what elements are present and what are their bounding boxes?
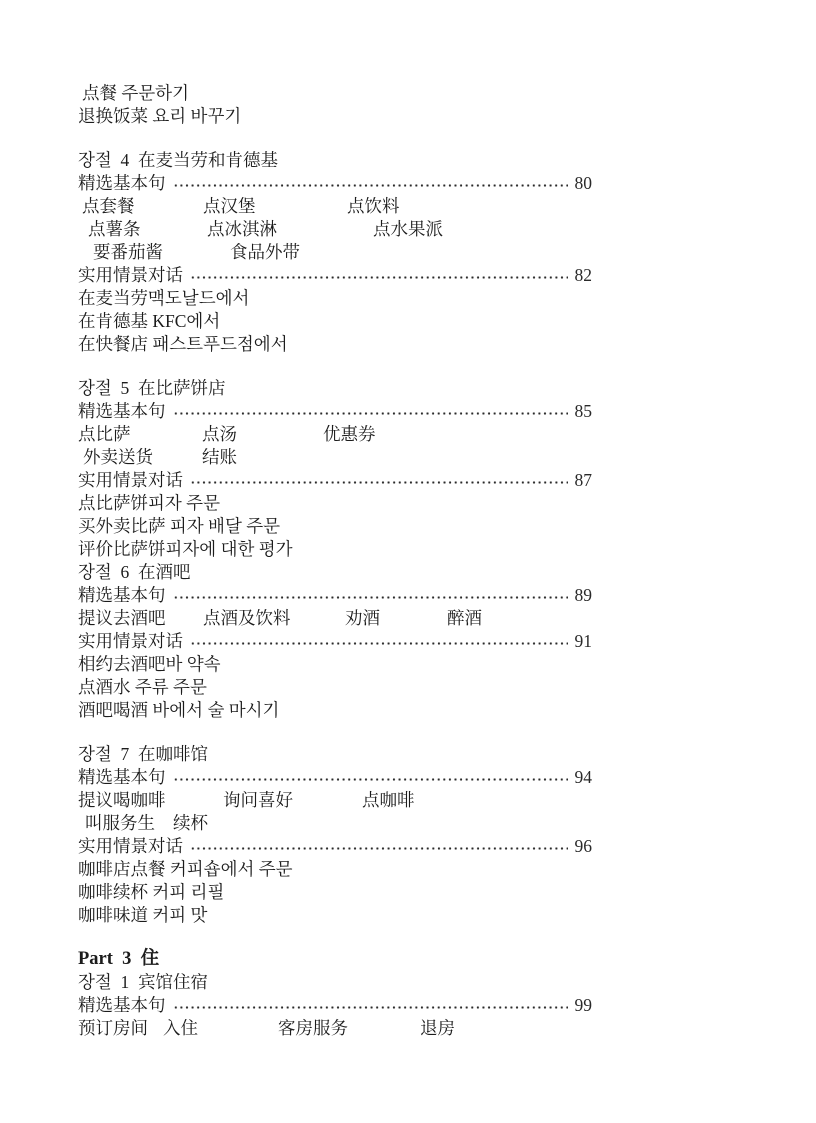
part-heading: Part 3 住 (78, 948, 592, 971)
toc-item: 预订房间 (78, 1017, 148, 1040)
toc-item: 点薯条 (88, 218, 141, 241)
blank-gap (78, 356, 592, 377)
toc-item: 点冰淇淋 (207, 218, 277, 241)
toc-item: 点比萨饼피자 주문 (78, 492, 220, 515)
toc-item: 在肯德基 KFC에서 (78, 310, 220, 333)
toc-item: 点比萨 (78, 423, 131, 446)
toc-item: 评价比萨饼피자에 대한 평가 (78, 538, 293, 561)
toc-line: 提议去酒吧点酒及饮料劝酒醉酒 (78, 607, 592, 630)
section-label: 精选基本句 (78, 400, 166, 423)
toc-item: 点餐 주문하기 (82, 82, 189, 105)
toc-line: 在麦当劳맥도날드에서 (78, 287, 592, 310)
toc-line: 买外卖比萨 피자 배달 주문 (78, 515, 592, 538)
toc-item: 醉酒 (447, 607, 482, 630)
toc-entry-with-page: 实用情景对话91 (78, 630, 592, 653)
page-number: 96 (575, 835, 593, 858)
page-number: 82 (575, 264, 593, 287)
toc-entry-with-page: 精选基本句85 (78, 400, 592, 423)
dot-leader (190, 276, 568, 279)
toc-line: 相约去酒吧바 약속 (78, 653, 592, 676)
page-number: 80 (575, 172, 593, 195)
dot-leader (173, 412, 568, 415)
toc-line: 外卖送货结账 (78, 446, 592, 469)
dot-leader (173, 184, 568, 187)
blank-gap (78, 128, 592, 149)
toc-item: 点汤 (202, 423, 237, 446)
chapter-heading: 장절 1 宾馆住宿 (78, 971, 592, 994)
toc-line: 预订房间入住客房服务退房 (78, 1017, 592, 1040)
toc-line: 叫服务生续杯 (78, 812, 592, 835)
toc-item: 询问喜好 (223, 789, 293, 812)
page-number: 99 (575, 994, 593, 1017)
toc-line: 点酒水 주류 주문 (78, 676, 592, 699)
toc-item: 在快餐店 패스트푸드점에서 (78, 333, 288, 356)
section-label: 实用情景对话 (78, 835, 183, 858)
toc-item: 点咖啡 (362, 789, 415, 812)
toc-line: 在肯德基 KFC에서 (78, 310, 592, 333)
toc-item: 相约去酒吧바 약속 (78, 653, 221, 676)
dot-leader (190, 481, 568, 484)
chapter-heading: 장절 7 在咖啡馆 (78, 743, 592, 766)
toc-item: 退房 (420, 1017, 455, 1040)
toc-item: 提议喝咖啡 (78, 789, 166, 812)
blank-gap (78, 722, 592, 743)
toc-item: 客房服务 (278, 1017, 348, 1040)
page-number: 87 (575, 469, 593, 492)
toc-item: 退换饭菜 요리 바꾸기 (78, 105, 241, 128)
toc-item: 点酒及饮料 (203, 607, 291, 630)
toc-item: 优惠券 (323, 423, 376, 446)
dot-leader (190, 847, 568, 850)
toc-item: 咖啡味道 커피 맛 (78, 904, 207, 927)
page-number: 91 (575, 630, 593, 653)
toc-line: 咖啡味道 커피 맛 (78, 904, 592, 927)
toc-line: 咖啡续杯 커피 리필 (78, 881, 592, 904)
toc-item: 点水果派 (373, 218, 443, 241)
toc-item: 劝酒 (345, 607, 380, 630)
page-number: 94 (575, 766, 593, 789)
toc-entry-with-page: 实用情景对话96 (78, 835, 592, 858)
page-number: 89 (575, 584, 593, 607)
toc-item: 点酒水 주류 주문 (78, 676, 207, 699)
toc-item: 买外卖比萨 피자 배달 주문 (78, 515, 280, 538)
toc-entry-with-page: 精选基本句80 (78, 172, 592, 195)
toc-item: 续杯 (173, 812, 208, 835)
toc-item: 提议去酒吧 (78, 607, 166, 630)
toc-entry-with-page: 精选基本句99 (78, 994, 592, 1017)
toc-item: 点套餐 (82, 195, 135, 218)
section-label: 实用情景对话 (78, 264, 183, 287)
toc-entry-with-page: 精选基本句89 (78, 584, 592, 607)
toc-item: 点汉堡 (203, 195, 256, 218)
section-label: 精选基本句 (78, 766, 166, 789)
dot-leader (173, 778, 568, 781)
toc-line: 点比萨饼피자 주문 (78, 492, 592, 515)
section-label: 实用情景对话 (78, 469, 183, 492)
blank-gap (78, 927, 592, 948)
table-of-contents: 点餐 주문하기退换饭菜 요리 바꾸기장절 4 在麦当劳和肯德基精选基本句80点套… (78, 82, 592, 1040)
page-number: 85 (575, 400, 593, 423)
toc-line: 点比萨点汤优惠券 (78, 423, 592, 446)
section-label: 实用情景对话 (78, 630, 183, 653)
toc-line: 酒吧喝酒 바에서 술 마시기 (78, 699, 592, 722)
toc-item: 食品外带 (230, 241, 300, 264)
toc-line: 退换饭菜 요리 바꾸기 (78, 105, 592, 128)
toc-line: 在快餐店 패스트푸드점에서 (78, 333, 592, 356)
section-label: 精选基本句 (78, 584, 166, 607)
document-page: 点餐 주문하기退换饭菜 요리 바꾸기장절 4 在麦当劳和肯德基精选基本句80点套… (0, 0, 816, 1123)
section-label: 精选基本句 (78, 994, 166, 1017)
toc-item: 酒吧喝酒 바에서 술 마시기 (78, 699, 279, 722)
toc-item: 入住 (163, 1017, 198, 1040)
toc-item: 在麦当劳맥도날드에서 (78, 287, 249, 310)
toc-entry-with-page: 精选基本句94 (78, 766, 592, 789)
toc-line: 提议喝咖啡询问喜好点咖啡 (78, 789, 592, 812)
toc-line: 评价比萨饼피자에 대한 평가 (78, 538, 592, 561)
toc-item: 点饮料 (347, 195, 400, 218)
toc-item: 要番茄酱 (93, 241, 163, 264)
dot-leader (190, 642, 568, 645)
dot-leader (173, 596, 568, 599)
toc-line: 点薯条点冰淇淋点水果派 (78, 218, 592, 241)
toc-item: 叫服务生 (85, 812, 155, 835)
chapter-heading: 장절 6 在酒吧 (78, 561, 592, 584)
toc-line: 要番茄酱食品外带 (78, 241, 592, 264)
toc-item: 咖啡店点餐 커피숍에서 주문 (78, 858, 293, 881)
section-label: 精选基本句 (78, 172, 166, 195)
chapter-heading: 장절 5 在比萨饼店 (78, 377, 592, 400)
toc-item: 外卖送货 (83, 446, 153, 469)
toc-line: 点餐 주문하기 (78, 82, 592, 105)
toc-item: 咖啡续杯 커피 리필 (78, 881, 224, 904)
toc-line: 咖啡店点餐 커피숍에서 주문 (78, 858, 592, 881)
toc-entry-with-page: 实用情景对话82 (78, 264, 592, 287)
toc-line: 点套餐点汉堡点饮料 (78, 195, 592, 218)
dot-leader (173, 1006, 568, 1009)
chapter-heading: 장절 4 在麦当劳和肯德基 (78, 149, 592, 172)
toc-entry-with-page: 实用情景对话87 (78, 469, 592, 492)
toc-item: 结账 (202, 446, 237, 469)
